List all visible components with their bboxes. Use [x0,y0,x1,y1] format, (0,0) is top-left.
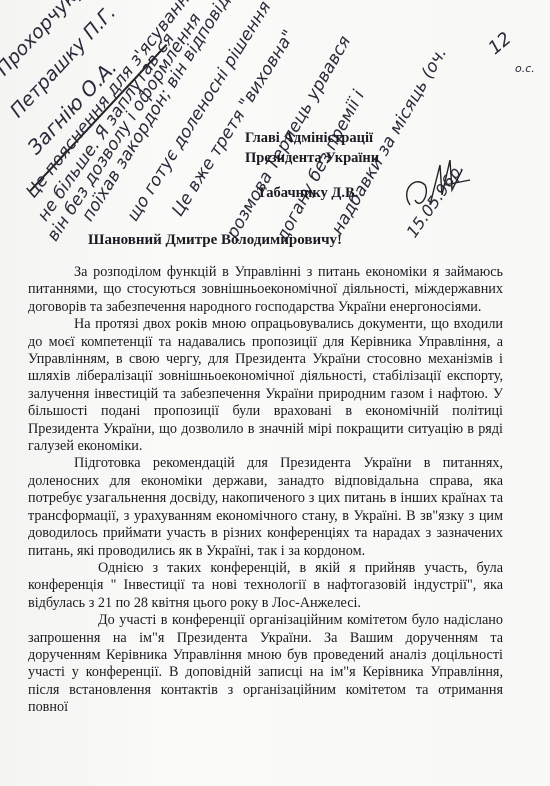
paragraph-4: Однією з таких конференцій, в якій я при… [28,560,503,612]
letter-body: За розподілом функцій в Управлінні з пит… [28,264,503,717]
handwritten-margin-note-oc: о.с. [515,62,535,75]
document-page: Прохорчуку Я.П. Петрашку П.Г. Загнію О.А… [0,0,550,786]
addressee-block: Главі Адміністрації Президента України Т… [245,128,379,203]
addressee-name: Табачнику Д.В. [257,183,379,203]
handwritten-margin-note-12: 12 [485,28,516,59]
paragraph-5: До участі в конференції організаційним к… [28,612,503,716]
paragraph-1: За розподілом функцій в Управлінні з пит… [28,264,503,316]
paragraph-2: На протязі двох років мною опрацьовували… [28,316,503,455]
paragraph-3: Підготовка рекомендацій для Президента У… [28,455,503,559]
addressee-line-2: Президента України [245,148,379,168]
addressee-line-1: Главі Адміністрації [245,128,379,148]
salutation: Шановний Дмитре Володимировичу! [88,232,342,249]
